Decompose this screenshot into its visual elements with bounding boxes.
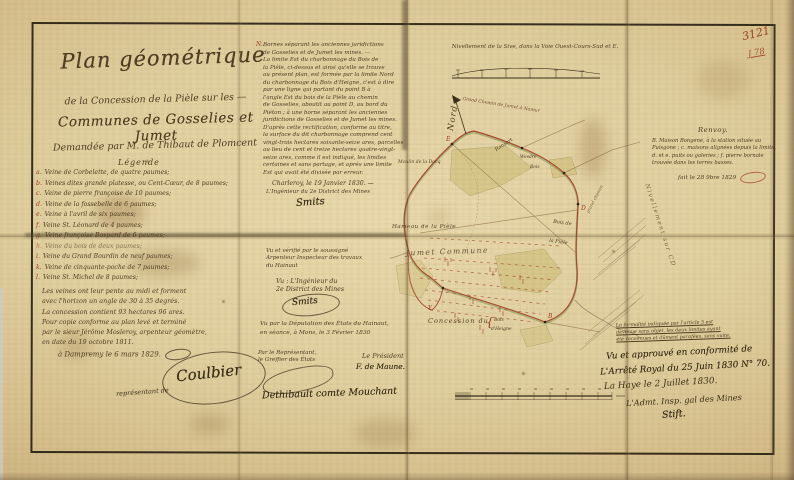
renvoy-dateline: fait le 28 9bre 1829 [678,172,766,183]
concession-label: Concession du [428,317,489,325]
legend-text: Veine à l'avril de six paumes; [45,211,136,218]
fold-crease-smudge [25,233,405,237]
legend-text: Veine du Grand Bourdin de neuf paumes; [43,253,173,260]
edge-shadow-bottom [0,472,794,480]
dateline-text: à Dampremy le 6 mars 1829. [58,351,161,359]
profile-title: Nivellement de la Sive, dans la Voie Oue… [430,44,640,50]
legend-letter: d. [36,201,42,208]
renvoy-heading: Renvoy. [698,126,728,134]
cert-line: du Hainaut [266,263,406,270]
fold-crease-vertical [769,0,776,480]
hameau-label: Hameau de la Pièle [392,224,456,230]
bois-small-label: Bois [530,165,540,170]
point-letter: B [547,313,553,320]
legend-letter: a. [36,169,42,176]
cert-line: Arpenteur Inspecteur des travaux [266,255,406,262]
certification-vu: Vu : L'Ingénieur du 2e District des Mine… [276,278,396,294]
legend-letter: c. [36,190,41,197]
legend-text: Veine St. Léonard de 4 paumes; [43,222,143,229]
fold-crease-vertical [624,0,631,480]
cert-line: 2e District des Mines [276,286,396,294]
memo-initial: N. [256,41,263,48]
legend-letter: b. [36,180,42,187]
scanned-map-document: Plan géométrique de la Concession de la … [0,0,794,480]
scan-edge-left [0,288,3,480]
legend-letter: l. [36,274,40,281]
levelling-profile [452,68,600,78]
certification-verified: Vu et vérifié par le soussigné Arpenteur… [266,248,406,270]
edge-shadow-right [785,0,794,480]
legend-text: Veine de cinquante-poche de 7 paumes; [45,264,170,271]
legend-letter: i. [36,253,40,260]
cert-line: Vu : L'Ingénieur du [276,278,396,286]
memo-role: L'Ingénieur du 2e District des Mines [266,189,370,195]
certification-greffier: Par le Représentant, le Greffier des Éta… [258,350,348,365]
legend-text: Veine de la fossebelle de 6 paumes; [45,201,157,208]
renvoy-date-text: fait le 28 9bre 1829 [678,175,736,181]
scale-bar [455,389,625,400]
legend-text: Veine de pierre françoise de 10 paumes; [44,190,171,197]
legend-text: Veines dites grande platesse, ou Cent-Cœ… [45,180,228,187]
concession-heigne-label: d'Heigne [491,327,512,332]
legend-text: Veine St. Michel de 8 paumes; [43,274,138,281]
legend-letter: k. [36,264,42,271]
cert-line: le Greffier des États [258,357,348,364]
legend-text: Veine de Corbelette, de quatre paumes; [45,169,170,176]
legend-letter: e. [36,211,42,218]
concession-bois-label: Bois [494,318,504,323]
legend-text: Veine du bois de deux paumes; [45,243,142,250]
point-letter: E [445,136,451,143]
wesdre-label: Wesdre [520,155,537,160]
fold-crease-smudge [402,0,407,150]
memo-closing: Charleroy, le 19 Janvier 1830. — [272,180,374,187]
legend-letter: f. [36,222,40,229]
dateline-dampremy: à Dampremy le 6 mars 1829. [58,349,191,360]
paraphe-flourish [740,170,767,185]
memo-signature: Smits [296,196,325,209]
cert-line: Vu et vérifié par le soussigné [266,248,406,255]
fold-crease-vertical [236,0,243,480]
legend-heading: Légende [118,158,160,167]
approval-signature: Stift. [662,408,686,421]
legend-letter: h. [36,243,42,250]
